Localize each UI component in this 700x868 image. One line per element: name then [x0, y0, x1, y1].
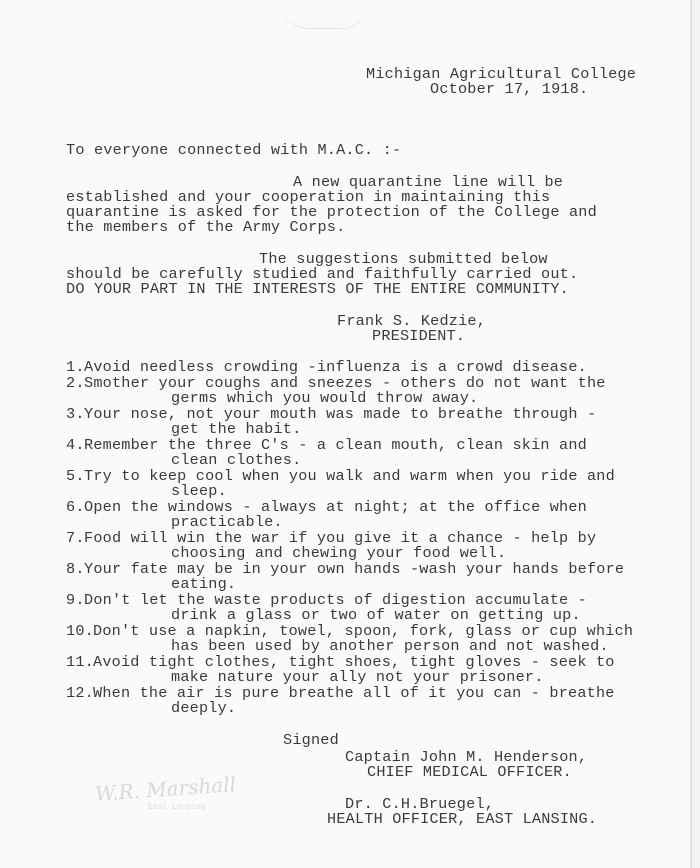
- rule-number: 7.: [66, 531, 85, 546]
- rule-number: 3.: [66, 407, 85, 422]
- rule-text: has been used by another person and not …: [171, 639, 609, 654]
- rule-number: 10.: [66, 624, 94, 639]
- rule-text: sleep.: [171, 484, 227, 499]
- letter-page: Michigan Agricultural College October 17…: [0, 0, 692, 868]
- rule-number: 8.: [66, 562, 85, 577]
- rule-text: deeply.: [171, 701, 236, 716]
- salutation: To everyone connected with M.A.C. :-: [66, 143, 401, 158]
- rule-text: germs which you would throw away.: [171, 391, 478, 406]
- faded-stamp: W.R. Marshall: [94, 772, 236, 806]
- rule-text: Try to keep cool when you walk and warm …: [84, 469, 615, 484]
- rule-text: practicable.: [171, 515, 283, 530]
- rule-text: Remember the three C's - a clean mouth, …: [84, 438, 587, 453]
- signatory-title-1: CHIEF MEDICAL OFFICER.: [367, 765, 572, 780]
- rule-number: 2.: [66, 376, 85, 391]
- rule-text: Avoid needless crowding -influenza is a …: [84, 360, 587, 375]
- rule-text: make nature your ally not your prisoner.: [171, 670, 544, 685]
- rule-text: get the habit.: [171, 422, 301, 437]
- rule-text: clean clothes.: [171, 453, 301, 468]
- rule-number: 12.: [66, 686, 94, 701]
- paper-crease: [280, 0, 370, 29]
- rule-number: 9.: [66, 593, 85, 608]
- president-title: PRESIDENT.: [372, 329, 465, 344]
- signatory-title-2: HEALTH OFFICER, EAST LANSING.: [327, 812, 597, 827]
- rule-text: Open the windows - always at night; at t…: [84, 500, 587, 515]
- rule-number: 6.: [66, 500, 85, 515]
- faded-stamp-sub: East Lansing: [148, 803, 206, 812]
- letter-date: October 17, 1918.: [430, 82, 588, 97]
- rule-text: choosing and chewing your food well.: [171, 546, 506, 561]
- rule-text: drink a glass or two of water on getting…: [171, 608, 581, 623]
- signed-label: Signed: [283, 733, 339, 748]
- rule-number: 5.: [66, 469, 85, 484]
- rule-number: 1.: [66, 360, 85, 375]
- rule-number: 4.: [66, 438, 85, 453]
- rule-number: 11.: [66, 655, 94, 670]
- rule-text: eating.: [171, 577, 236, 592]
- rule-text: Your fate may be in your own hands -wash…: [84, 562, 624, 577]
- rule-text: Your nose, not your mouth was made to br…: [84, 407, 596, 422]
